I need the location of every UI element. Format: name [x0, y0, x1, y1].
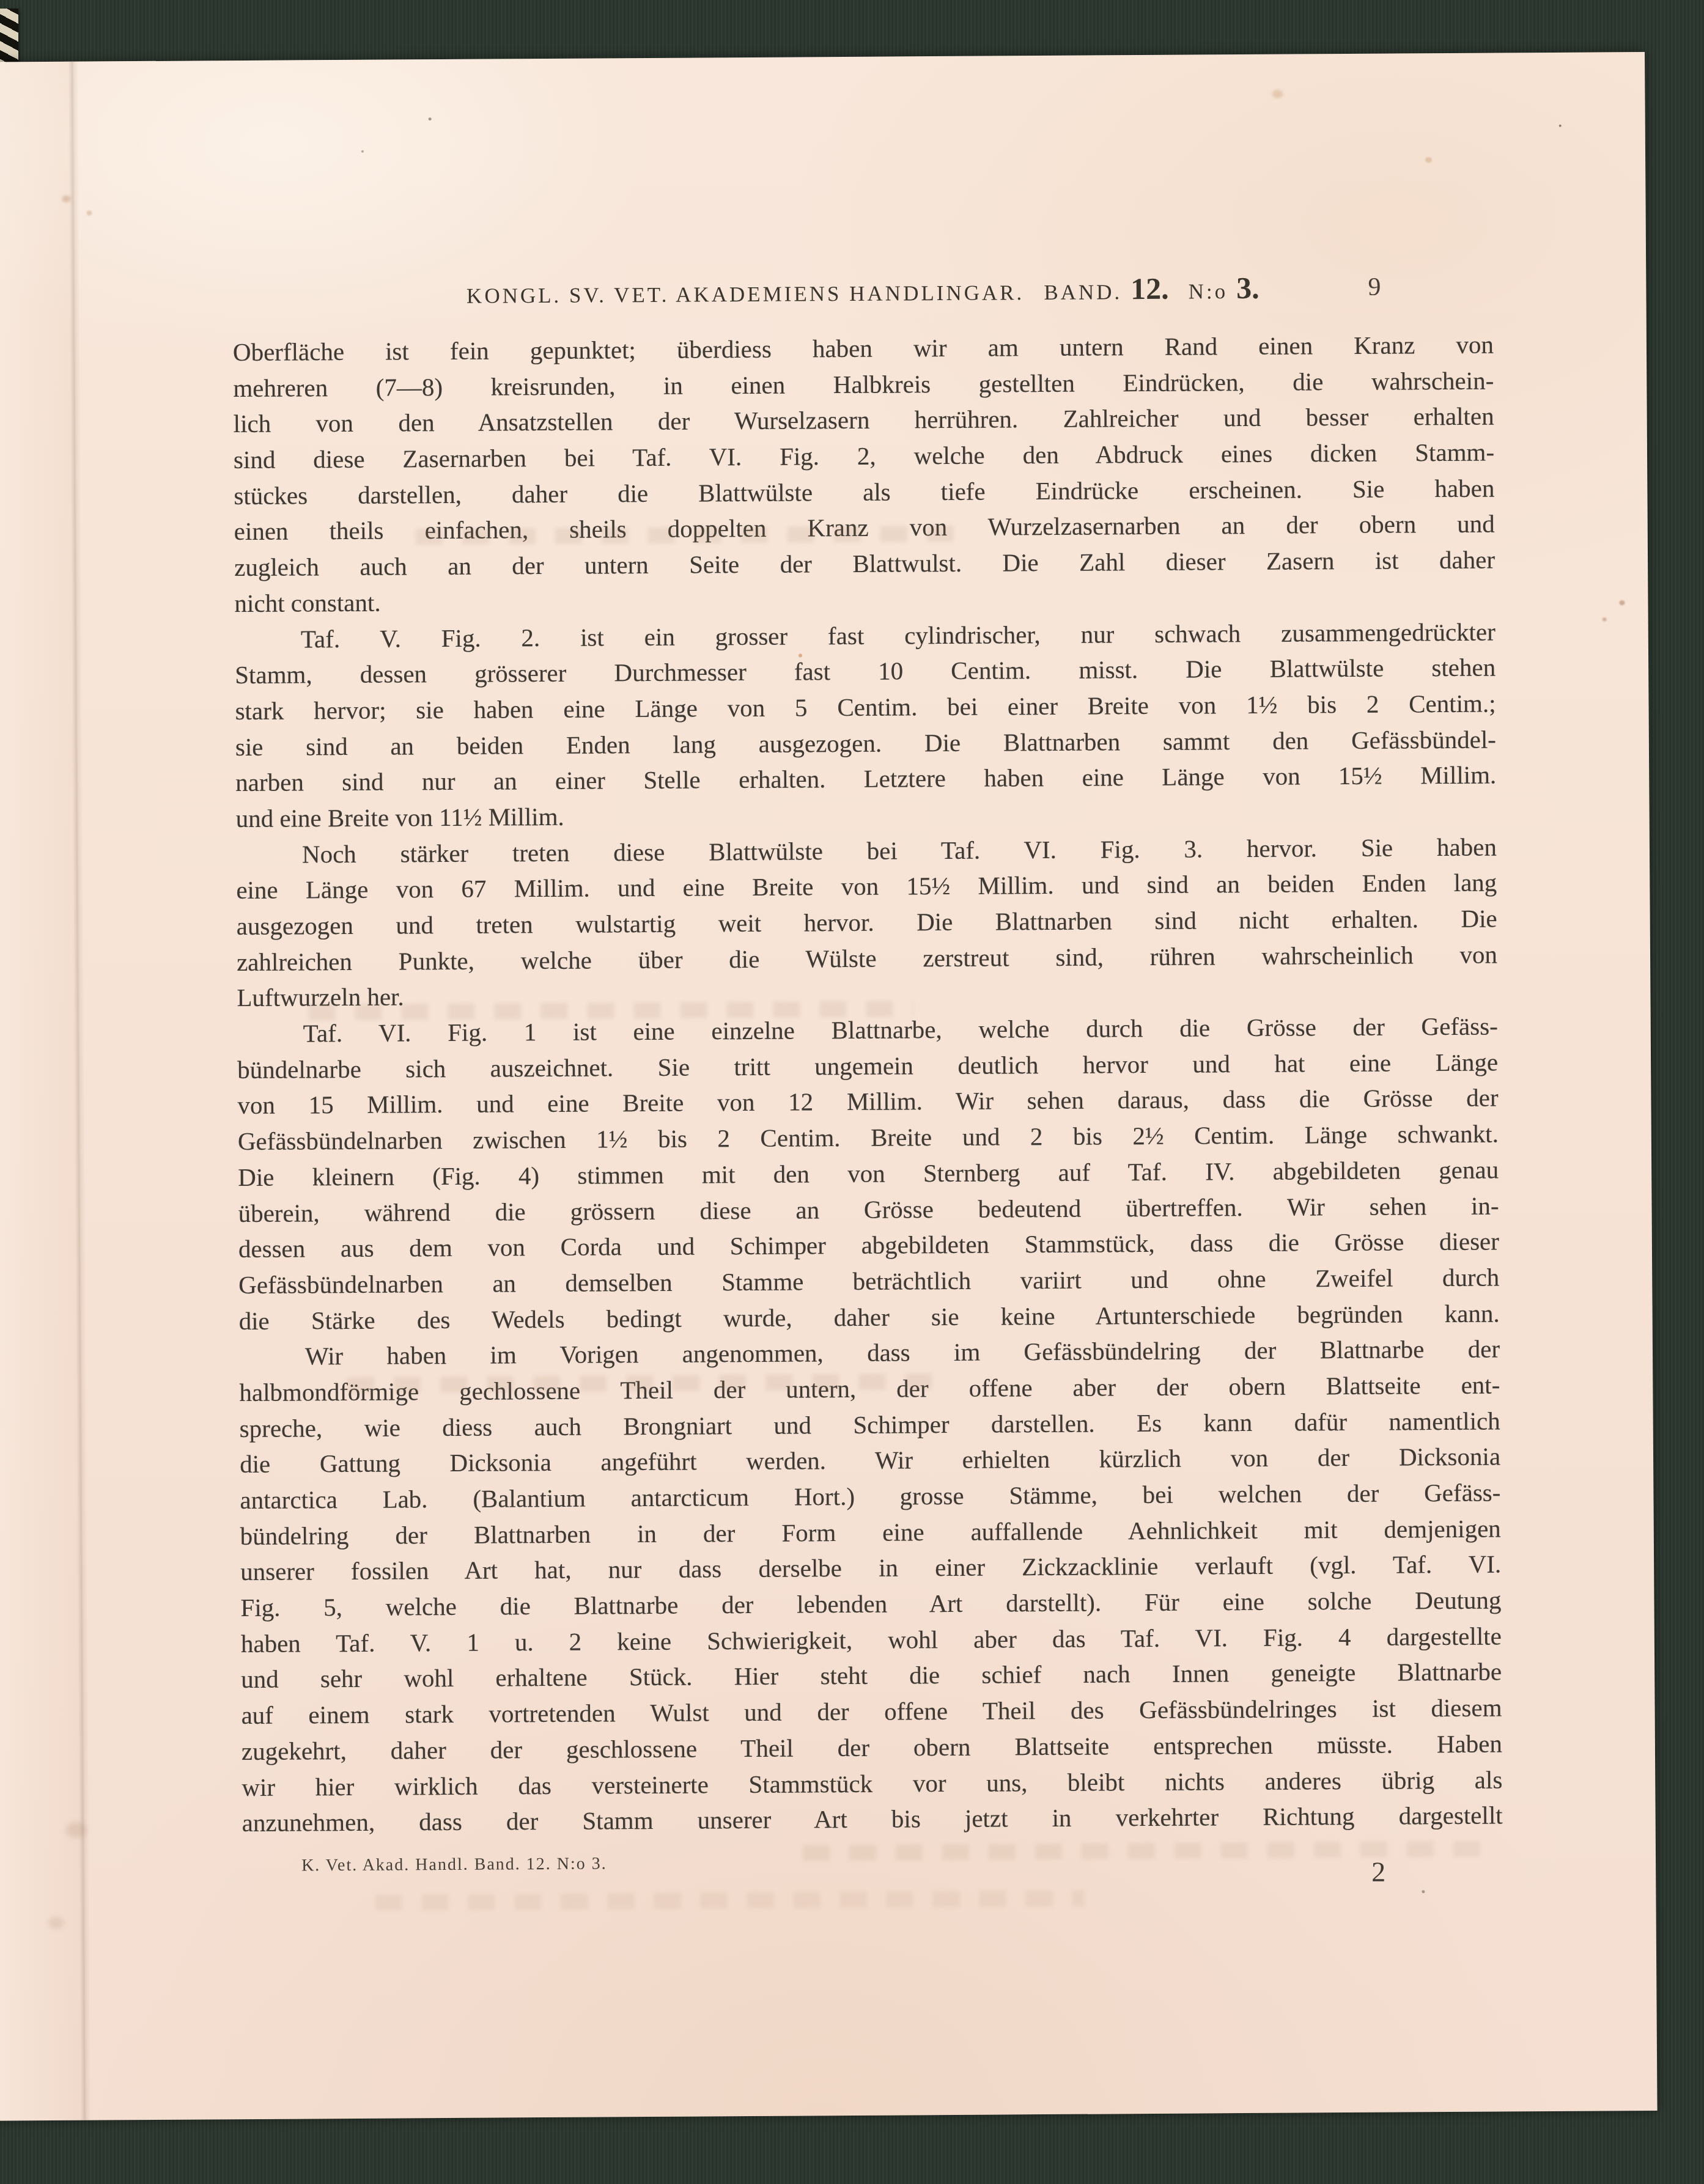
running-header: KONGL. SV. VET. AKADEMIENS HANDLINGAR. B…: [232, 268, 1493, 321]
text-line: narben sind nur an einer Stelle erhalten…: [235, 757, 1496, 801]
journal-title: KONGL. SV. VET. AKADEMIENS HANDLINGAR.: [467, 281, 1025, 308]
foxing-spot: [1425, 157, 1432, 163]
footer-signature: K. Vet. Akad. Handl. Band. 12. N:o 3.: [301, 1854, 607, 1875]
page-number: 9: [1368, 273, 1381, 302]
showthrough-smudge: [375, 1891, 1084, 1911]
foxing-spot: [799, 653, 802, 657]
text-line: anzunehmen, dass der Stamm unserer Art b…: [242, 1798, 1502, 1841]
foxing-spot: [429, 117, 432, 120]
book-page: KONGL. SV. VET. AKADEMIENS HANDLINGAR. B…: [0, 52, 1658, 2121]
issue-label: N:o: [1189, 279, 1228, 303]
foxing-spot: [66, 1822, 87, 1838]
foxing-spot: [1619, 600, 1625, 605]
dust-speck: [1422, 1890, 1425, 1893]
foxing-spot: [1559, 125, 1562, 127]
foxing-spot: [62, 196, 70, 202]
foxing-spot: [361, 150, 364, 153]
band-number: 12.: [1130, 271, 1169, 306]
issue-number: 3.: [1236, 271, 1260, 305]
showthrough-smudge: [416, 526, 966, 545]
binding-margin-strip: [0, 62, 81, 2121]
foxing-spot: [48, 1917, 64, 1929]
foxing-spot: [87, 211, 92, 216]
sheet-number: 2: [1371, 1856, 1385, 1888]
text-line: zugleich auch an der untern Seite der Bl…: [234, 542, 1495, 586]
band-label: BAND.: [1044, 280, 1122, 304]
body-text: Oberfläche ist fein gepunktet; überdiess…: [233, 327, 1503, 1841]
scan-background: KONGL. SV. VET. AKADEMIENS HANDLINGAR. B…: [0, 0, 1704, 2184]
foxing-spot: [1272, 90, 1283, 98]
foxing-spot: [1603, 617, 1607, 621]
